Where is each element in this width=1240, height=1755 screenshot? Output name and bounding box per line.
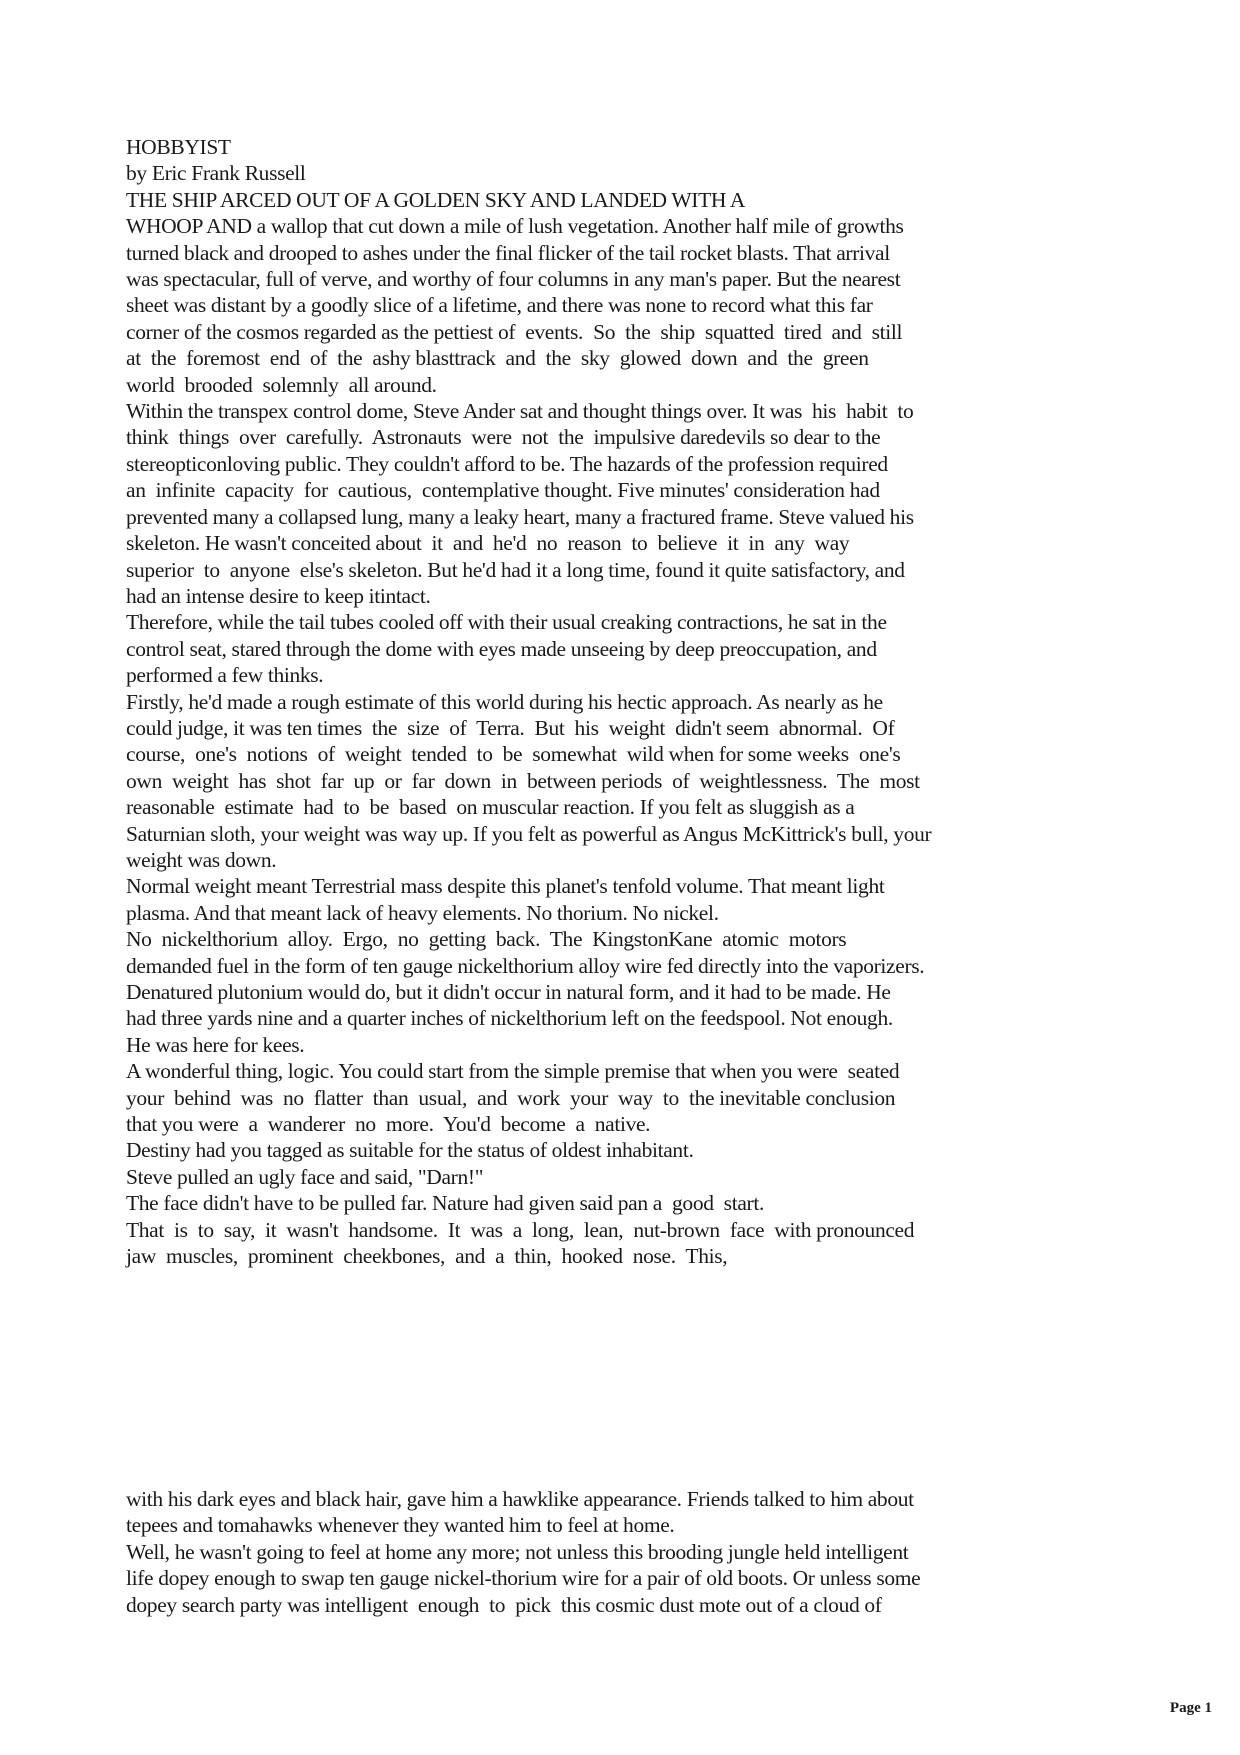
text-line: at the foremost end of the ashy blasttra… [126, 345, 1126, 371]
text-line: The face didn't have to be pulled far. N… [126, 1190, 1126, 1216]
text-line: plasma. And that meant lack of heavy ele… [126, 900, 1126, 926]
text-line: course, one's notions of weight tended t… [126, 741, 1126, 767]
text-line: No nickelthorium alloy. Ergo, no getting… [126, 926, 1126, 952]
text-line: Firstly, he'd made a rough estimate of t… [126, 689, 1126, 715]
story-title: HOBBYIST [126, 134, 1126, 160]
text-line: THE SHIP ARCED OUT OF A GOLDEN SKY AND L… [126, 187, 1126, 213]
text-line: Steve pulled an ugly face and said, "Dar… [126, 1164, 1126, 1190]
text-line: That is to say, it wasn't handsome. It w… [126, 1217, 1126, 1243]
text-line: Well, he wasn't going to feel at home an… [126, 1539, 1126, 1565]
text-line: control seat, stared through the dome wi… [126, 636, 1126, 662]
story-text-block-top: HOBBYIST by Eric Frank Russell THE SHIP … [126, 134, 1126, 1269]
text-line: prevented many a collapsed lung, many a … [126, 504, 1126, 530]
text-line: had an intense desire to keep itintact. [126, 583, 1126, 609]
text-line: turned black and drooped to ashes under … [126, 240, 1126, 266]
text-line: Therefore, while the tail tubes cooled o… [126, 609, 1126, 635]
text-line: Normal weight meant Terrestrial mass des… [126, 873, 1126, 899]
text-line: own weight has shot far up or far down i… [126, 768, 1126, 794]
text-line: corner of the cosmos regarded as the pet… [126, 319, 1126, 345]
text-line: demanded fuel in the form of ten gauge n… [126, 953, 1126, 979]
document-page: HOBBYIST by Eric Frank Russell THE SHIP … [0, 0, 1240, 1755]
text-line: dopey search party was intelligent enoug… [126, 1592, 1126, 1618]
text-line: jaw muscles, prominent cheekbones, and a… [126, 1243, 1126, 1269]
text-line: with his dark eyes and black hair, gave … [126, 1486, 1126, 1512]
text-line: superior to anyone else's skeleton. But … [126, 557, 1126, 583]
text-line: skeleton. He wasn't conceited about it a… [126, 530, 1126, 556]
text-line: was spectacular, full of verve, and wort… [126, 266, 1126, 292]
text-line: stereopticonloving public. They couldn't… [126, 451, 1126, 477]
text-line: Within the transpex control dome, Steve … [126, 398, 1126, 424]
text-line: He was here for kees. [126, 1032, 1126, 1058]
text-line: Saturnian sloth, your weight was way up.… [126, 821, 1126, 847]
story-text-block-bottom: with his dark eyes and black hair, gave … [126, 1486, 1126, 1618]
text-line: could judge, it was ten times the size o… [126, 715, 1126, 741]
text-line: life dopey enough to swap ten gauge nick… [126, 1565, 1126, 1591]
text-line: weight was down. [126, 847, 1126, 873]
text-line: performed a few thinks. [126, 662, 1126, 688]
text-line: tepees and tomahawks whenever they wante… [126, 1512, 1126, 1538]
story-byline: by Eric Frank Russell [126, 160, 1126, 186]
text-line: reasonable estimate had to be based on m… [126, 794, 1126, 820]
text-line: A wonderful thing, logic. You could star… [126, 1058, 1126, 1084]
text-line: WHOOP AND a wallop that cut down a mile … [126, 213, 1126, 239]
page-number: Page 1 [1170, 1700, 1212, 1717]
text-line: Denatured plutonium would do, but it did… [126, 979, 1126, 1005]
text-line: an infinite capacity for cautious, conte… [126, 477, 1126, 503]
text-line: your behind was no flatter than usual, a… [126, 1085, 1126, 1111]
text-line: sheet was distant by a goodly slice of a… [126, 292, 1126, 318]
text-line: that you were a wanderer no more. You'd … [126, 1111, 1126, 1137]
text-line: had three yards nine and a quarter inche… [126, 1005, 1126, 1031]
story-body-top: THE SHIP ARCED OUT OF A GOLDEN SKY AND L… [126, 187, 1126, 1270]
story-body-bottom: with his dark eyes and black hair, gave … [126, 1486, 1126, 1618]
text-line: world brooded solemnly all around. [126, 372, 1126, 398]
text-line: think things over carefully. Astronauts … [126, 424, 1126, 450]
text-line: Destiny had you tagged as suitable for t… [126, 1137, 1126, 1163]
